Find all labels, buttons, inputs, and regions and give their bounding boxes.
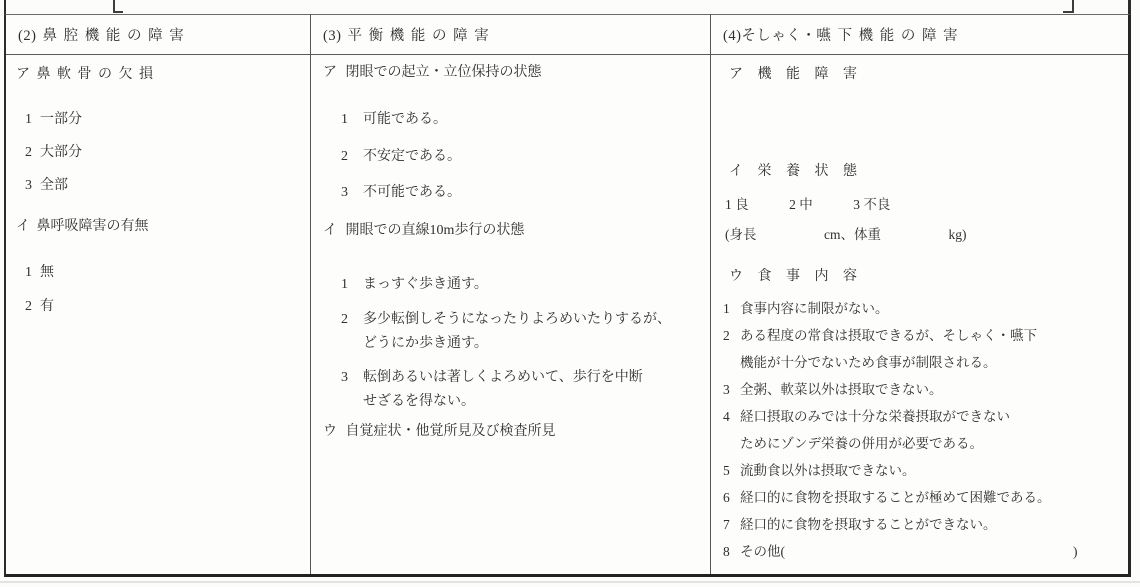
section-label-symptoms-findings: ウ 自覚症状・他覚所見及び検査所見 xyxy=(323,422,704,442)
option-number: 7 xyxy=(723,511,740,538)
section-label-functional-disorder: ア 機 能 障 害 xyxy=(729,65,1122,85)
option-item: 6経口的に食物を摂取することが極めて困難である。 xyxy=(723,484,1122,511)
option-number: 1 xyxy=(341,108,363,132)
column-header-balance: (3) 平 衡 機 能 の 障 害 xyxy=(311,15,710,55)
option-number: 5 xyxy=(723,457,740,484)
option-item: 1まっすぐ歩き通す。 xyxy=(341,273,704,297)
section-label-walking-10m: イ 開眼での直線10m歩行の状態 xyxy=(323,221,704,241)
option-item: 3不可能である。 xyxy=(341,181,704,205)
option-item: 3全粥、軟菜以外は摂取できない。 xyxy=(723,376,1122,403)
option-text: ある程度の常食は摂取できるが、そしゃく・嚥下 機能が十分でないため食事が制限され… xyxy=(740,322,1037,376)
option-number: 2 xyxy=(25,143,40,163)
section-label-nasal-cartilage: ア 鼻 軟 骨 の 欠 損 xyxy=(16,65,304,85)
column-swallowing-function: (4)そしゃく・嚥 下 機 能 の 障 害 ア 機 能 障 害 イ 栄 養 状 … xyxy=(710,15,1128,574)
option-text: まっすぐ歩き通す。 xyxy=(363,273,488,297)
option-number: 2 xyxy=(723,322,740,376)
option-number: 1 xyxy=(341,273,363,297)
column-nasal-function: (2) 鼻 腔 機 能 の 障 害 ア 鼻 軟 骨 の 欠 損 1一部分 2大部… xyxy=(6,15,310,574)
option-text: 可能である。 xyxy=(363,108,447,132)
option-text: 全部 xyxy=(40,176,68,196)
option-text: 大部分 xyxy=(40,143,82,163)
column-body-nasal: ア 鼻 軟 骨 の 欠 損 1一部分 2大部分 3全部 イ 鼻呼吸障害の有無 1… xyxy=(6,55,310,574)
option-text: 経口的に食物を摂取することができない。 xyxy=(740,511,997,538)
column-balance-function: (3) 平 衡 機 能 の 障 害 ア 閉眼での起立・立位保持の状態 1可能であ… xyxy=(310,15,710,574)
option-number: 4 xyxy=(723,403,740,457)
bracket-bottom-left-mark xyxy=(113,0,123,13)
option-item: 1一部分 xyxy=(25,110,304,130)
option-number: 1 xyxy=(723,295,740,322)
option-number: 6 xyxy=(723,484,740,511)
option-item: 7経口的に食物を摂取することができない。 xyxy=(723,511,1122,538)
option-text: 流動食以外は摂取できない。 xyxy=(740,457,916,484)
table-right-border-extension xyxy=(1128,0,1131,15)
disability-assessment-table: (2) 鼻 腔 機 能 の 障 害 ア 鼻 軟 骨 の 欠 損 1一部分 2大部… xyxy=(4,14,1131,577)
column-header-swallowing: (4)そしゃく・嚥 下 機 能 の 障 害 xyxy=(711,15,1128,55)
option-item: 2有 xyxy=(25,297,304,317)
option-text: その他( xyxy=(740,538,785,565)
column-header-nasal: (2) 鼻 腔 機 能 の 障 害 xyxy=(6,15,310,55)
option-text: 経口摂取のみでは十分な栄養摂取ができない ためにゾンデ栄養の併用が必要である。 xyxy=(740,403,1010,457)
option-number: 3 xyxy=(341,366,363,414)
option-item: 1無 xyxy=(25,263,304,283)
option-item: 2不安定である。 xyxy=(341,145,704,169)
scan-artifact-line xyxy=(0,581,1140,583)
option-text: 有 xyxy=(40,297,54,317)
column-body-balance: ア 閉眼での起立・立位保持の状態 1可能である。 2不安定である。 3不可能であ… xyxy=(311,55,710,574)
option-number: 3 xyxy=(25,176,40,196)
column-body-swallowing: ア 機 能 障 害 イ 栄 養 状 態 1 良 2 中 3 不良 (身長 cm、… xyxy=(711,55,1128,574)
option-text: 不可能である。 xyxy=(363,181,461,205)
option-item: 2大部分 xyxy=(25,143,304,163)
option-text: 経口的に食物を摂取することが極めて困難である。 xyxy=(740,484,1051,511)
option-item: 3全部 xyxy=(25,176,304,196)
option-item: 3転倒あるいは著しくよろめいて、歩行を中断 せざるを得ない。 xyxy=(341,366,704,414)
option-number: 2 xyxy=(341,308,363,356)
section-label-standing-eyes-closed: ア 閉眼での起立・立位保持の状態 xyxy=(323,63,704,83)
section-label-dietary-content: ウ 食 事 内 容 xyxy=(729,267,1122,287)
option-item: 2ある程度の常食は摂取できるが、そしゃく・嚥下 機能が十分でないため食事が制限さ… xyxy=(723,322,1122,376)
option-text: 食事内容に制限がない。 xyxy=(740,295,889,322)
option-text: 一部分 xyxy=(40,110,82,130)
option-number: 2 xyxy=(341,145,363,169)
option-text: 無 xyxy=(40,263,54,283)
option-item: 1食事内容に制限がない。 xyxy=(723,295,1122,322)
option-text: 多少転倒しそうになったりよろめいたりするが、 どうにか歩き通す。 xyxy=(363,308,671,356)
option-text: 転倒あるいは著しくよろめいて、歩行を中断 せざるを得ない。 xyxy=(363,366,643,414)
fill-in-gap xyxy=(785,538,1073,565)
section-label-nasal-breathing: イ 鼻呼吸障害の有無 xyxy=(16,217,304,237)
option-number: 8 xyxy=(723,538,740,565)
bracket-bottom-right-mark xyxy=(1063,0,1074,13)
option-number: 2 xyxy=(25,297,40,317)
section-label-nutritional-state: イ 栄 養 状 態 xyxy=(729,162,1122,182)
option-number: 1 xyxy=(25,110,40,130)
option-item: 1可能である。 xyxy=(341,108,704,132)
nutrition-grade-options: 1 良 2 中 3 不良 xyxy=(725,195,1122,215)
height-weight-fill-in: (身長 cm、体重 kg) xyxy=(725,225,1122,245)
option-item: 4経口摂取のみでは十分な栄養摂取ができない ためにゾンデ栄養の併用が必要である。 xyxy=(723,403,1122,457)
option-number: 1 xyxy=(25,263,40,283)
option-text: 全粥、軟菜以外は摂取できない。 xyxy=(740,376,943,403)
scanned-form-page: (2) 鼻 腔 機 能 の 障 害 ア 鼻 軟 骨 の 欠 損 1一部分 2大部… xyxy=(0,0,1140,587)
table-left-border-extension xyxy=(4,0,6,15)
option-item-other: 8その他() xyxy=(723,538,1122,565)
option-number: 3 xyxy=(341,181,363,205)
option-item: 2多少転倒しそうになったりよろめいたりするが、 どうにか歩き通す。 xyxy=(341,308,704,356)
option-text: 不安定である。 xyxy=(363,145,461,169)
option-item: 5流動食以外は摂取できない。 xyxy=(723,457,1122,484)
option-text-close-paren: ) xyxy=(1073,538,1078,565)
option-number: 3 xyxy=(723,376,740,403)
